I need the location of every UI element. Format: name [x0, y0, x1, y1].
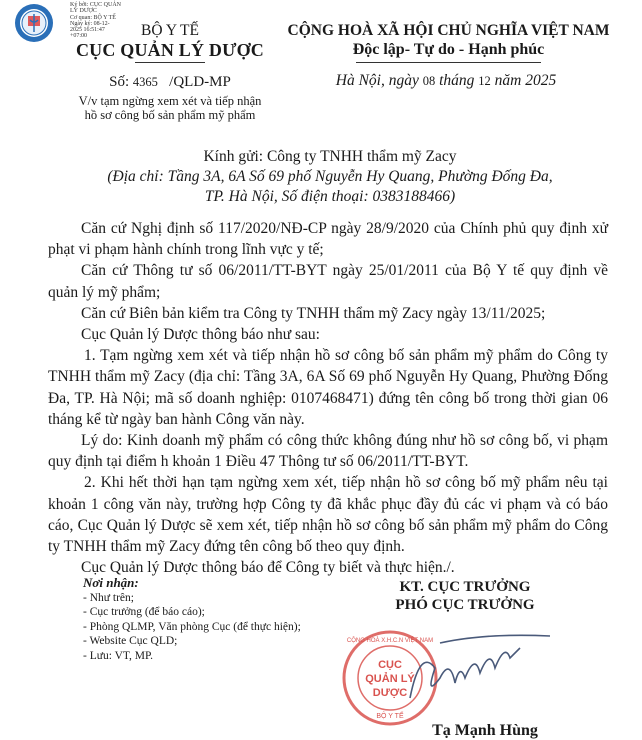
document-body: Căn cứ Nghị định số 117/2020/NĐ-CP ngày …: [48, 218, 608, 578]
body-paragraph: Lý do: Kinh doanh mỹ phẩm có công thức k…: [48, 430, 608, 472]
signer-role: KT. CỤC TRƯỞNG: [360, 578, 570, 596]
recipients-list: Nơi nhận: - Như trên; - Cục trưởng (để b…: [83, 576, 343, 663]
body-paragraph: 1. Tạm ngừng xem xét và tiếp nhận hồ sơ …: [48, 345, 608, 430]
body-paragraph: 2. Khi hết thời hạn tạm ngừng xem xét, t…: [48, 472, 608, 557]
republic-title: CỘNG HOÀ XÃ HỘI CHỦ NGHĨA VIỆT NAM: [255, 22, 642, 40]
agency-logo: [8, 2, 64, 46]
department-name: CỤC QUẢN LÝ DƯỢC: [60, 40, 280, 60]
document-number: Số: 4365 /QLD-MP: [60, 74, 280, 91]
divider: [356, 62, 541, 63]
body-paragraph: Căn cứ Thông tư số 06/2011/TT-BYT ngày 2…: [48, 260, 608, 302]
logo-emblem-icon: [8, 2, 64, 46]
divider: [135, 62, 205, 63]
date-month-label: tháng: [439, 72, 474, 89]
document-subject: V/v tạm ngừng xem xét và tiếp nhận hồ sơ…: [55, 94, 285, 122]
recipient-item: - Như trên;: [83, 591, 343, 606]
recipient-address: (Địa chỉ: Tầng 3A, 6A Số 69 phố Nguyễn H…: [60, 167, 600, 187]
recipient-item: - Website Cục QLD;: [83, 634, 343, 649]
recipient-name: Kính gửi: Công ty TNHH thẩm mỹ Zacy: [60, 147, 600, 167]
recipients-title: Nơi nhận:: [83, 576, 343, 591]
date-day: 08: [423, 74, 436, 88]
handwritten-signature: [395, 628, 555, 713]
date-place: Hà Nội, ngày: [336, 72, 419, 89]
signer-name: Tạ Mạnh Hùng: [360, 722, 610, 740]
ministry-name: BỘ Y TẾ: [60, 22, 280, 40]
national-motto: Độc lập- Tự do - Hạnh phúc: [255, 40, 642, 59]
date-year: năm 2025: [495, 72, 557, 89]
recipient-address: TP. Hà Nội, Số điện thoại: 0383188466): [60, 187, 600, 207]
subject-line: hồ sơ công bố sản phẩm mỹ phẩm: [55, 108, 285, 122]
subject-line: V/v tạm ngừng xem xét và tiếp nhận: [55, 94, 285, 108]
signature-title: KT. CỤC TRƯỞNG PHÓ CỤC TRƯỞNG: [360, 578, 570, 614]
number-prefix: Số:: [109, 74, 129, 90]
recipient-block: Kính gửi: Công ty TNHH thẩm mỹ Zacy (Địa…: [60, 147, 600, 207]
recipient-item: - Cục trưởng (để báo cáo);: [83, 605, 343, 620]
date-month: 12: [478, 74, 491, 88]
issuer-header: BỘ Y TẾ CỤC QUẢN LÝ DƯỢC: [60, 22, 280, 63]
national-header: CỘNG HOÀ XÃ HỘI CHỦ NGHĨA VIỆT NAM Độc l…: [280, 22, 642, 63]
signer-role: PHÓ CỤC TRƯỞNG: [360, 596, 570, 614]
body-paragraph: Căn cứ Nghị định số 117/2020/NĐ-CP ngày …: [48, 218, 608, 260]
body-paragraph: Căn cứ Biên bản kiểm tra Công ty TNHH th…: [48, 303, 608, 324]
number-suffix: /QLD-MP: [169, 74, 231, 90]
document-date: Hà Nội, ngày 08 tháng 12 năm 2025: [275, 72, 617, 90]
body-paragraph: Cục Quản lý Dược thông báo như sau:: [48, 324, 608, 345]
signature-icon: [395, 628, 555, 713]
recipient-item: - Phòng QLMP, Văn phòng Cục (để thực hiệ…: [83, 620, 343, 635]
recipient-item: - Lưu: VT, MP.: [83, 649, 343, 664]
number-value: 4365: [133, 75, 158, 89]
